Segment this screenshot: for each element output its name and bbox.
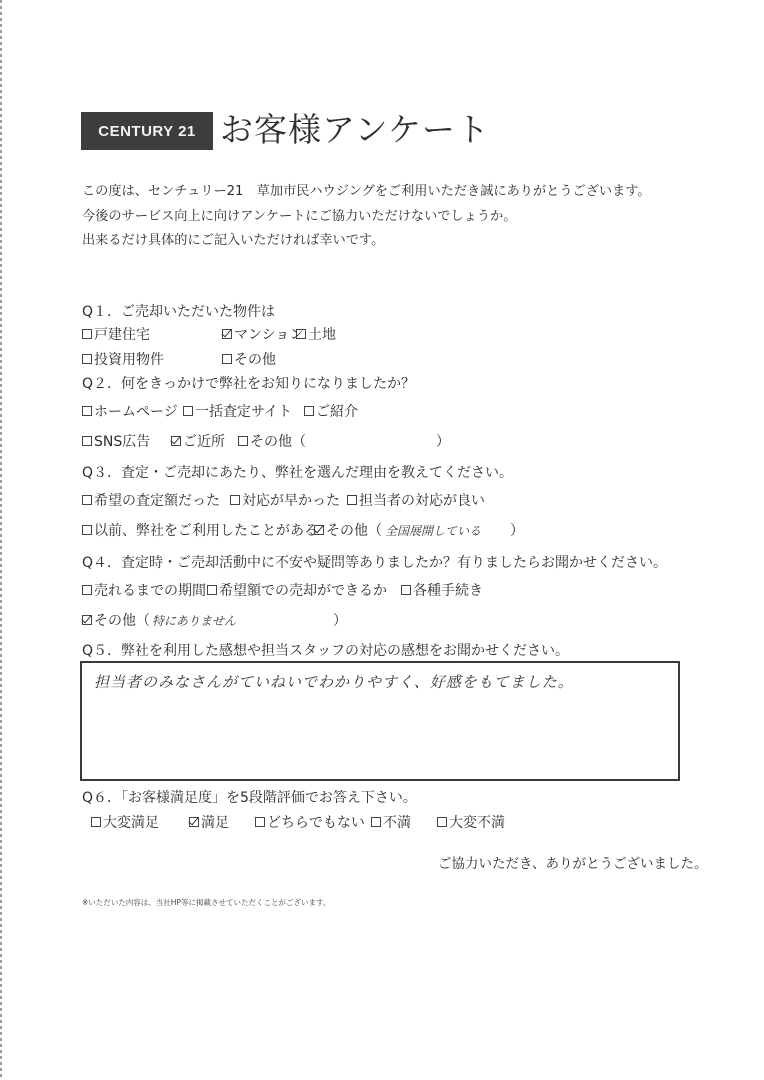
checkbox-icon[interactable]	[347, 495, 357, 505]
q4-other-close-paren: ）	[333, 610, 347, 630]
logo-text: CENTURY 21	[98, 123, 196, 140]
option-label: 以前、弊社をご利用したことがある	[94, 520, 318, 540]
q2-other-close-paren: ）	[436, 431, 450, 451]
option-label: 対応が早かった	[242, 490, 340, 510]
checkbox-icon[interactable]	[91, 817, 101, 827]
checkbox-icon[interactable]	[82, 585, 92, 595]
checkbox-icon[interactable]	[183, 406, 193, 416]
q5-handwritten-answer: 担当者のみなさんがていねいでわかりやすく、好感をもてました。	[94, 671, 574, 692]
thanks-message: ご協力いただき、ありがとうございました。	[438, 852, 707, 872]
q3-label: Q３．査定・ご売却にあたり、弊社を選んだ理由を教えてください。	[82, 462, 513, 482]
option-label: SNS広告	[94, 431, 150, 451]
option-label: 戸建住宅	[94, 324, 150, 344]
q2-option-other[interactable]: その他（	[238, 431, 306, 451]
checkbox-icon[interactable]	[222, 354, 232, 364]
q3-other-close-paren: ）	[510, 520, 524, 540]
q3-option-desired-appraisal[interactable]: 希望の査定額だった	[82, 490, 220, 510]
q1-label: Q１．ご売却いただいた物件は	[82, 301, 275, 321]
q4-option-desired-price[interactable]: 希望額での売却ができるか	[207, 580, 387, 600]
q6-option-dissatisfied[interactable]: 不満	[371, 812, 411, 832]
checkbox-checked-icon[interactable]	[314, 525, 324, 535]
q4-option-other[interactable]: その他（	[82, 610, 150, 630]
option-label: 一括査定サイト	[195, 401, 292, 421]
checkbox-icon[interactable]	[207, 585, 217, 595]
checkbox-icon[interactable]	[238, 436, 248, 446]
q6-option-very-satisfied[interactable]: 大変満足	[91, 812, 159, 832]
option-label: ご近所	[183, 431, 225, 451]
q6-option-very-dissatisfied[interactable]: 大変不満	[437, 812, 505, 832]
q3-other-handwritten: 全国展開している	[385, 522, 481, 539]
checkbox-icon[interactable]	[82, 525, 92, 535]
checkbox-icon[interactable]	[82, 354, 92, 364]
option-label: 土地	[308, 324, 336, 344]
option-label: その他（	[250, 431, 306, 451]
q2-option-referral[interactable]: ご紹介	[304, 401, 358, 421]
checkbox-icon[interactable]	[230, 495, 240, 505]
option-label: マンション	[234, 324, 303, 344]
q6-label: Q６．「お客様満足度」を5段階評価でお答え下さい。	[82, 787, 417, 807]
option-label: 大変不満	[449, 812, 505, 832]
q1-option-land[interactable]: 土地	[296, 324, 336, 344]
q6-option-satisfied[interactable]: 満足	[189, 812, 229, 832]
q3-option-other[interactable]: その他（	[314, 520, 382, 540]
option-label: 満足	[201, 812, 229, 832]
checkbox-icon[interactable]	[371, 817, 381, 827]
q2-label: Q２．何をきっかけで弊社をお知りになりましたか？	[82, 373, 415, 393]
q3-option-quick-response[interactable]: 対応が早かった	[230, 490, 340, 510]
q6-option-neutral[interactable]: どちらでもない	[255, 812, 365, 832]
scan-edge	[0, 0, 2, 1080]
checkbox-icon[interactable]	[82, 436, 92, 446]
intro-line-1: この度は、センチュリー21 草加市民ハウジングをご利用いただき誠にありがとうござ…	[82, 180, 651, 199]
option-label: その他	[234, 349, 276, 369]
option-label: ご紹介	[316, 401, 358, 421]
q1-option-other[interactable]: その他	[222, 349, 276, 369]
option-label: 投資用物件	[94, 349, 164, 369]
checkbox-icon[interactable]	[82, 406, 92, 416]
option-label: 大変満足	[103, 812, 159, 832]
q1-option-mansion[interactable]: マンション	[222, 324, 303, 344]
option-label: その他（	[94, 610, 150, 630]
checkbox-icon[interactable]	[82, 495, 92, 505]
q5-label: Q５．弊社を利用した感想や担当スタッフの対応の感想をお聞かせください。	[82, 640, 569, 660]
q4-label: Q４．査定時・ご売却活動中に不安や疑問等ありましたか？有りましたらお聞かせくださ…	[82, 552, 667, 572]
q3-option-good-staff[interactable]: 担当者の対応が良い	[347, 490, 485, 510]
q2-option-homepage[interactable]: ホームページ	[82, 401, 178, 421]
checkbox-checked-icon[interactable]	[171, 436, 181, 446]
option-label: 各種手続き	[413, 580, 483, 600]
q5-answer-box[interactable]: 担当者のみなさんがていねいでわかりやすく、好感をもてました。	[80, 661, 680, 781]
checkbox-icon[interactable]	[401, 585, 411, 595]
option-label: ホームページ	[94, 401, 178, 421]
checkbox-checked-icon[interactable]	[189, 817, 199, 827]
q4-option-procedures[interactable]: 各種手続き	[401, 580, 483, 600]
q4-other-handwritten: 特にありません	[152, 612, 236, 629]
checkbox-icon[interactable]	[304, 406, 314, 416]
q2-option-sns-ad[interactable]: SNS広告	[82, 431, 150, 451]
intro-line-3: 出来るだけ具体的にご記入いただければ幸いです。	[82, 229, 384, 248]
intro-line-2: 今後のサービス向上に向けアンケートにご協力いただけないでしょうか。	[82, 205, 516, 224]
checkbox-checked-icon[interactable]	[222, 329, 232, 339]
option-label: 不満	[383, 812, 411, 832]
q4-option-period[interactable]: 売れるまでの期間	[82, 580, 206, 600]
checkbox-icon[interactable]	[437, 817, 447, 827]
option-label: どちらでもない	[267, 812, 365, 832]
checkbox-icon[interactable]	[82, 329, 92, 339]
q2-option-neighborhood[interactable]: ご近所	[171, 431, 225, 451]
q1-option-investment[interactable]: 投資用物件	[82, 349, 164, 369]
checkbox-icon[interactable]	[255, 817, 265, 827]
checkbox-checked-icon[interactable]	[82, 615, 92, 625]
option-label: その他（	[326, 520, 382, 540]
option-label: 担当者の対応が良い	[359, 490, 485, 510]
page-title: お客様アンケート	[220, 104, 490, 151]
option-label: 売れるまでの期間	[94, 580, 206, 600]
footnote: ※いただいた内容は、当社HP等に掲載させていただくことがございます。	[82, 897, 330, 908]
q2-option-bulk-appraisal-site[interactable]: 一括査定サイト	[183, 401, 292, 421]
checkbox-icon[interactable]	[296, 329, 306, 339]
century21-logo: CENTURY 21	[81, 112, 213, 150]
q3-option-used-before[interactable]: 以前、弊社をご利用したことがある	[82, 520, 318, 540]
q1-option-detached-house[interactable]: 戸建住宅	[82, 324, 150, 344]
option-label: 希望の査定額だった	[94, 490, 220, 510]
option-label: 希望額での売却ができるか	[219, 580, 387, 600]
